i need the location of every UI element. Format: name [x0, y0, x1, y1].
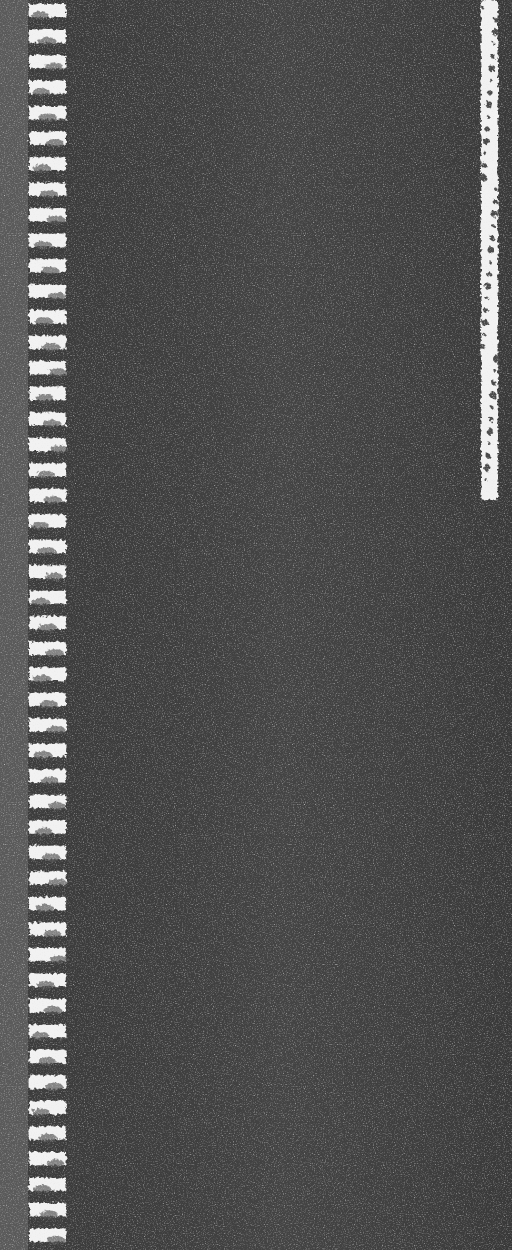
asphalt-grain: [0, 0, 512, 1250]
road-photo: [0, 0, 512, 1250]
road-markings: [0, 0, 512, 1250]
